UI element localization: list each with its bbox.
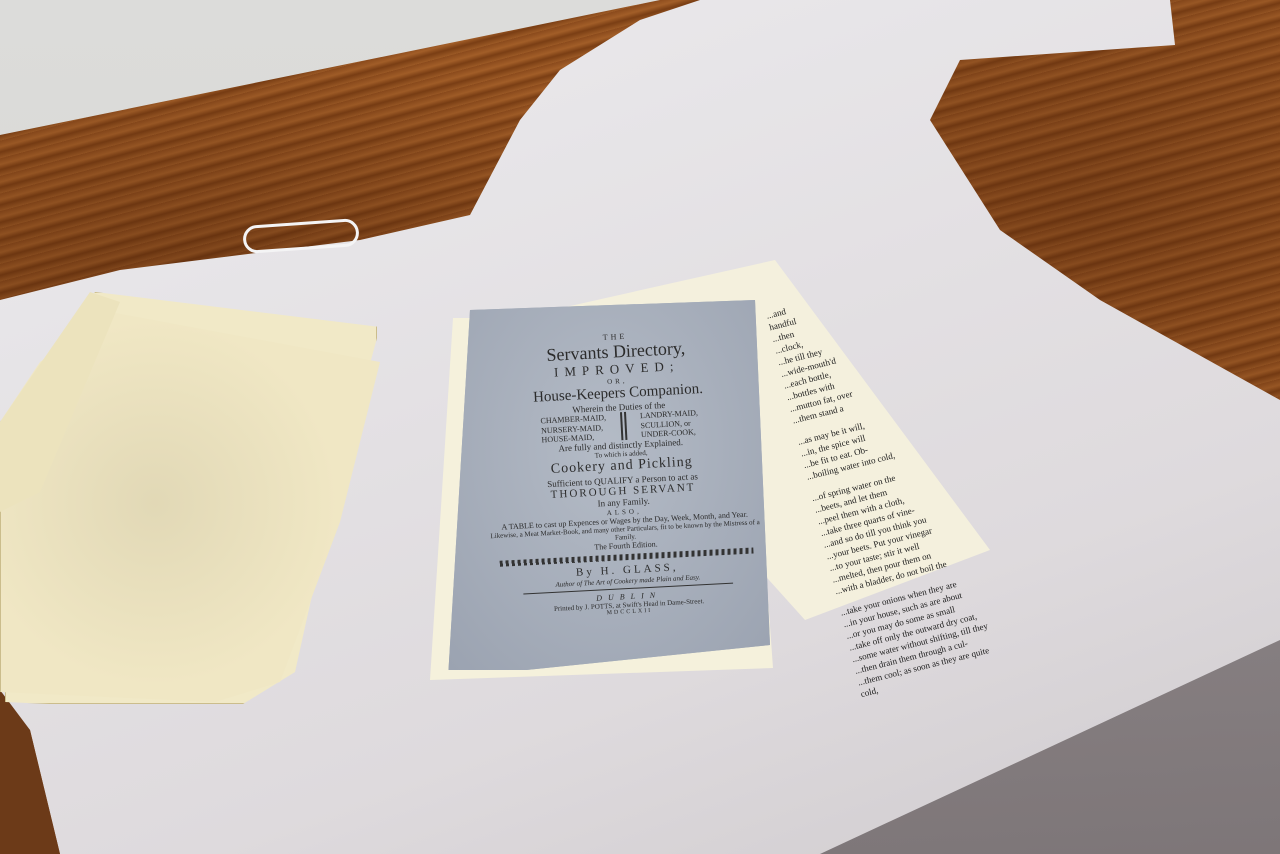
pamphlet: THE Servants Directory, IMPROVED; OR, Ho…	[440, 300, 780, 685]
double-rule-divider	[620, 412, 627, 440]
old-paper-stack	[0, 292, 385, 712]
title-page: THE Servants Directory, IMPROVED; OR, Ho…	[470, 325, 774, 624]
